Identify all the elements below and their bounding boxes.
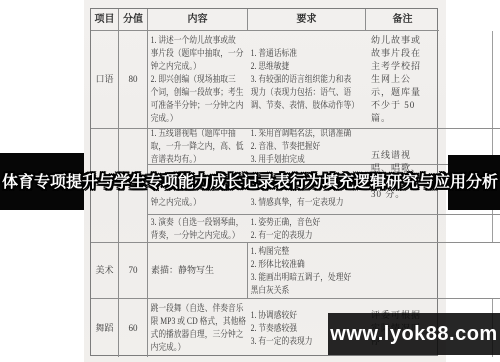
header-content: 内容: [148, 9, 248, 31]
header-subject: 项目: [91, 9, 119, 31]
watermark-box: www.lyok88.com: [328, 313, 500, 355]
cell-content-art: 素描：静物写生: [148, 243, 248, 299]
screenshot-root: 项目 分值 内容 要求 备注 口语 美术 舞蹈 80 70 60 1. 讲述一个…: [0, 0, 500, 362]
cell-subject-oral: 口语: [91, 31, 119, 129]
header-requirements: 要求: [248, 9, 366, 31]
cell-subject-art: 美术: [91, 243, 119, 299]
cell-subject-dance: 舞蹈: [91, 299, 119, 357]
cell-notes-art: [366, 243, 439, 299]
cell-score-art: 70: [119, 243, 148, 299]
header-score: 分值: [119, 9, 148, 31]
cell-score-oral: 80: [119, 31, 148, 129]
cell-notes-oral: 幼儿故事或 故事片段在 主考学校招 生网上公 示，题库量 不少于 50 篇。: [366, 31, 439, 129]
overlay-title-text: 体育专项提升与学生专项能力成长记录表行为填充逻辑研究与应用分析: [0, 169, 500, 197]
header-notes: 备注: [366, 9, 439, 31]
watermark-text: www.lyok88.com: [330, 323, 497, 346]
cell-score-dance: 60: [119, 299, 148, 357]
